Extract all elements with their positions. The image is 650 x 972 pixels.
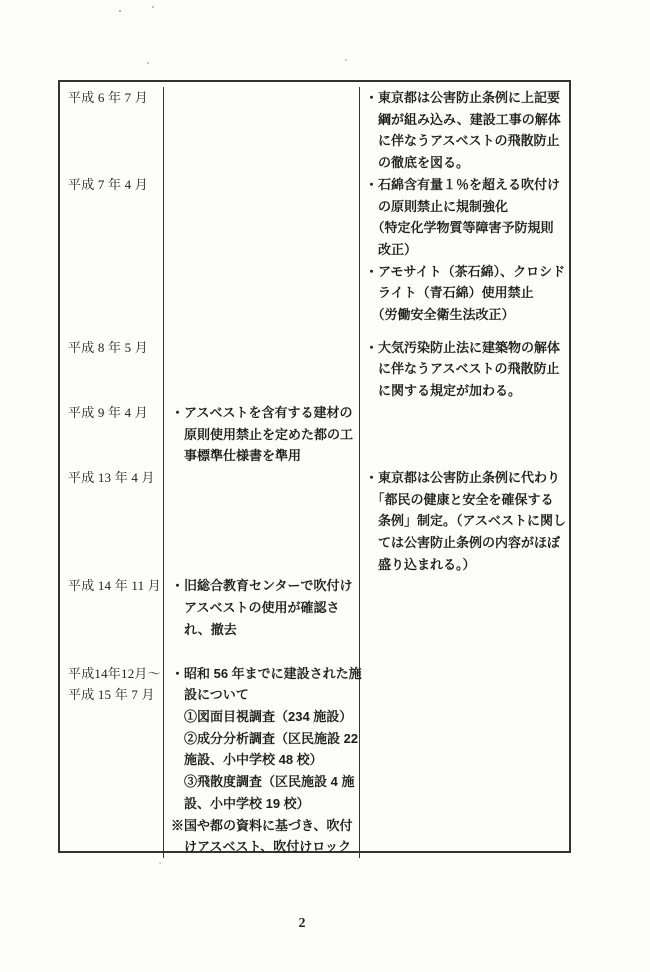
date-cell: 平成 8 年 5 月 <box>60 337 164 402</box>
regulation-cell <box>360 402 569 467</box>
regulation-cell <box>360 663 569 858</box>
scan-speckle <box>119 10 121 12</box>
date-cell: 平成 7 年 4 月 <box>60 174 164 337</box>
table-row: 平成 13 年 4 月・東京都は公害防止条例に代わり 「都民の健康と安全を確保す… <box>60 467 569 576</box>
date-cell: 平成14年12月～ 平成 15 年 7 月 <box>60 663 164 858</box>
ward-action-cell: ・アスベストを含有する建材の 原則使用禁止を定めた都の工 事標準仕様書を準用 <box>164 402 360 467</box>
regulation-cell: ・石綿含有量１％を超える吹付け の原則禁止に規制強化 （特定化学物質等障害予防規… <box>360 174 569 337</box>
table-row: 平成 7 年 4 月・石綿含有量１％を超える吹付け の原則禁止に規制強化 （特定… <box>60 174 569 337</box>
table-row: 平成 6 年 7 月・東京都は公害防止条例に上記要 綱が組み込み、建設工事の解体… <box>60 87 569 174</box>
table-row: 平成 9 年 4 月・アスベストを含有する建材の 原則使用禁止を定めた都の工 事… <box>60 402 569 467</box>
table-row: 平成 8 年 5 月・大気汚染防止法に建築物の解体 に伴なうアスベストの飛散防止… <box>60 337 569 402</box>
table-row: 平成 14 年 11 月・旧総合教育センターで吹付け アスベストの使用が確認さ … <box>60 575 569 662</box>
regulation-cell: ・東京都は公害防止条例に代わり 「都民の健康と安全を確保する 条例」制定。（アス… <box>360 467 569 576</box>
date-cell: 平成 13 年 4 月 <box>60 467 164 576</box>
regulation-cell <box>360 575 569 662</box>
ward-action-cell <box>164 87 360 174</box>
regulation-cell: ・東京都は公害防止条例に上記要 綱が組み込み、建設工事の解体 に伴なうアスベスト… <box>360 87 569 174</box>
table-row: 平成14年12月～ 平成 15 年 7 月・昭和 56 年までに建設された施 設… <box>60 663 569 858</box>
ward-action-cell <box>164 174 360 337</box>
ward-action-cell: ・昭和 56 年までに建設された施 設について ①図面目視調査（234 施設） … <box>164 663 360 858</box>
ward-action-cell <box>164 467 360 576</box>
date-cell: 平成 14 年 11 月 <box>60 575 164 662</box>
date-cell: 平成 6 年 7 月 <box>60 87 164 174</box>
document-page: 平成 6 年 7 月・東京都は公害防止条例に上記要 綱が組み込み、建設工事の解体… <box>0 0 650 972</box>
page-number: 2 <box>0 916 604 932</box>
ward-action-cell <box>164 337 360 402</box>
regulation-cell: ・大気汚染防止法に建築物の解体 に伴なうアスベストの飛散防止 に関する規定が加わ… <box>360 337 569 402</box>
timeline-table: 平成 6 年 7 月・東京都は公害防止条例に上記要 綱が組み込み、建設工事の解体… <box>58 80 571 853</box>
date-cell: 平成 9 年 4 月 <box>60 402 164 467</box>
ward-action-cell: ・旧総合教育センターで吹付け アスベストの使用が確認さ れ、撤去 <box>164 575 360 662</box>
